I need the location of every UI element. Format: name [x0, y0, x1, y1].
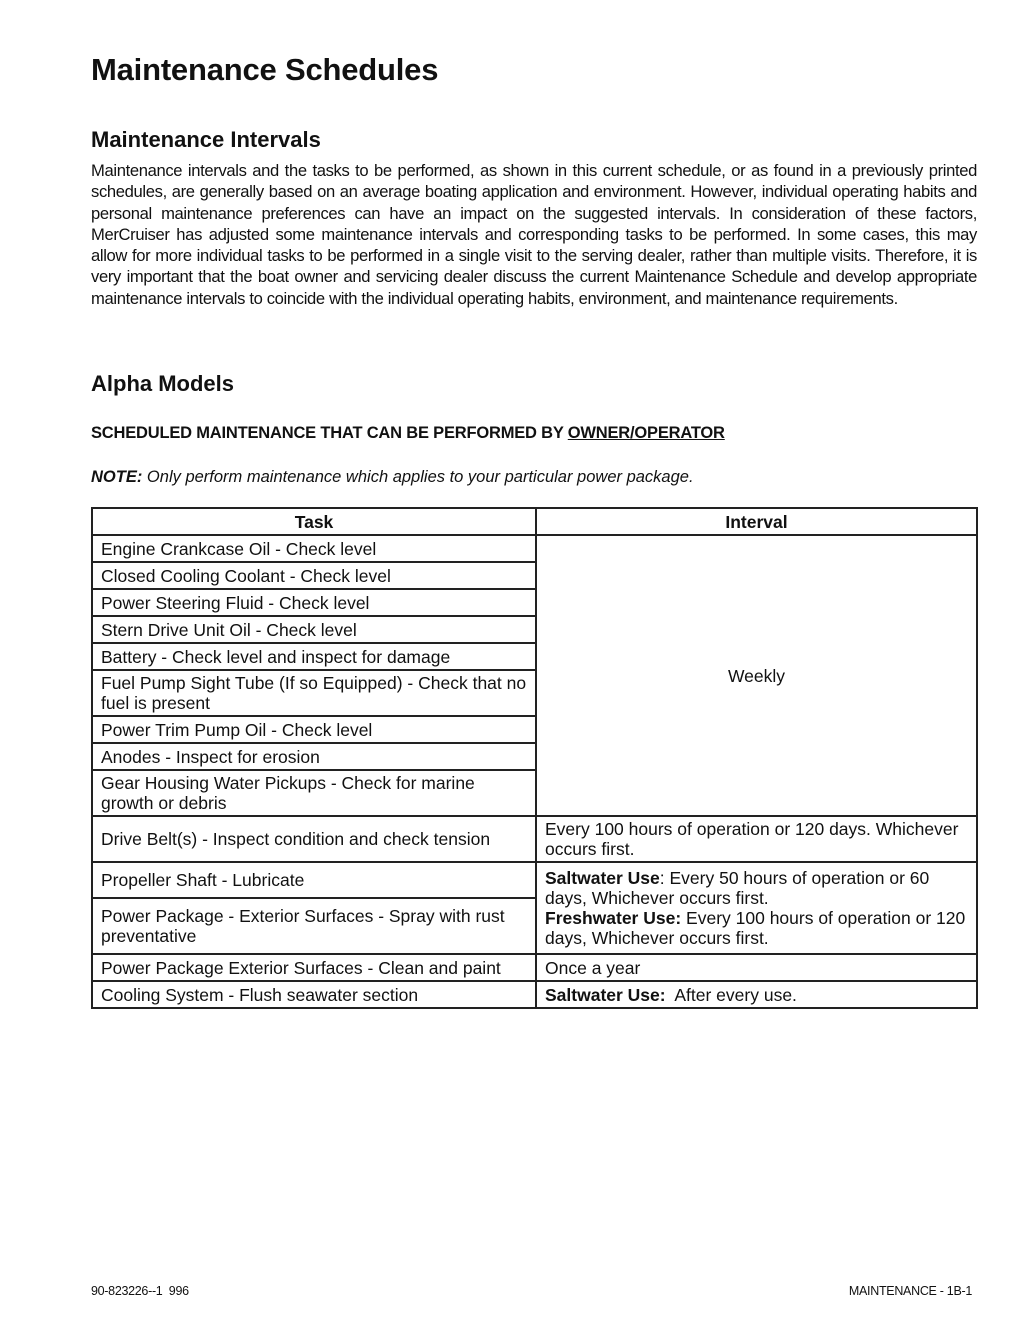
footer-page-label: MAINTENANCE - 1B-1	[849, 1284, 972, 1298]
task-cell: Fuel Pump Sight Tube (If so Equipped) - …	[92, 670, 536, 716]
note: NOTE: Only perform maintenance which app…	[91, 468, 694, 487]
note-label: NOTE:	[91, 468, 142, 486]
interval-cell-cooling: Saltwater Use: After every use.	[536, 981, 977, 1008]
table-row: Propeller Shaft - Lubricate Saltwater Us…	[92, 862, 977, 898]
interval-cell-salt-fresh: Saltwater Use: Every 50 hours of operati…	[536, 862, 977, 954]
task-cell: Power Trim Pump Oil - Check level	[92, 716, 536, 743]
table-row: Power Package Exterior Surfaces - Clean …	[92, 954, 977, 981]
cooling-text: After every use.	[666, 985, 797, 1005]
section-title-alpha-models: Alpha Models	[91, 371, 234, 397]
subhead-owner-operator: OWNER/OPERATOR	[568, 424, 725, 442]
task-cell: Battery - Check level and inspect for da…	[92, 643, 536, 670]
task-cell: Gear Housing Water Pickups - Check for m…	[92, 770, 536, 816]
page-title: Maintenance Schedules	[91, 52, 438, 88]
section-title-maintenance-intervals: Maintenance Intervals	[91, 127, 321, 153]
task-cell: Stern Drive Unit Oil - Check level	[92, 616, 536, 643]
table-row: Drive Belt(s) - Inspect condition and ch…	[92, 816, 977, 862]
task-cell: Closed Cooling Coolant - Check level	[92, 562, 536, 589]
task-cell: Engine Crankcase Oil - Check level	[92, 535, 536, 562]
interval-cell-drive-belt: Every 100 hours of operation or 120 days…	[536, 816, 977, 862]
task-cell: Power Package Exterior Surfaces - Clean …	[92, 954, 536, 981]
header-task: Task	[92, 508, 536, 535]
table-header-row: Task Interval	[92, 508, 977, 535]
task-cell: Drive Belt(s) - Inspect condition and ch…	[92, 816, 536, 862]
table-row: Engine Crankcase Oil - Check level Weekl…	[92, 535, 977, 562]
task-cell: Power Steering Fluid - Check level	[92, 589, 536, 616]
table-row: Cooling System - Flush seawater section …	[92, 981, 977, 1008]
maintenance-table: Task Interval Engine Crankcase Oil - Che…	[91, 507, 978, 1009]
header-interval: Interval	[536, 508, 977, 535]
scheduled-maintenance-subhead: SCHEDULED MAINTENANCE THAT CAN BE PERFOR…	[91, 424, 725, 443]
task-cell: Cooling System - Flush seawater section	[92, 981, 536, 1008]
task-cell: Power Package - Exterior Surfaces - Spra…	[92, 898, 536, 954]
intervals-paragraph: Maintenance intervals and the tasks to b…	[91, 160, 977, 309]
footer-doc-number: 90-823226--1 996	[91, 1284, 189, 1298]
interval-cell-yearly: Once a year	[536, 954, 977, 981]
saltwater-label: Saltwater Use	[545, 868, 660, 888]
task-cell: Propeller Shaft - Lubricate	[92, 862, 536, 898]
note-text: Only perform maintenance which applies t…	[142, 468, 693, 486]
cooling-saltwater-label: Saltwater Use:	[545, 985, 666, 1005]
freshwater-label: Freshwater Use:	[545, 908, 681, 928]
interval-cell-weekly: Weekly	[536, 535, 977, 816]
task-cell: Anodes - Inspect for erosion	[92, 743, 536, 770]
subhead-prefix: SCHEDULED MAINTENANCE THAT CAN BE PERFOR…	[91, 424, 568, 442]
